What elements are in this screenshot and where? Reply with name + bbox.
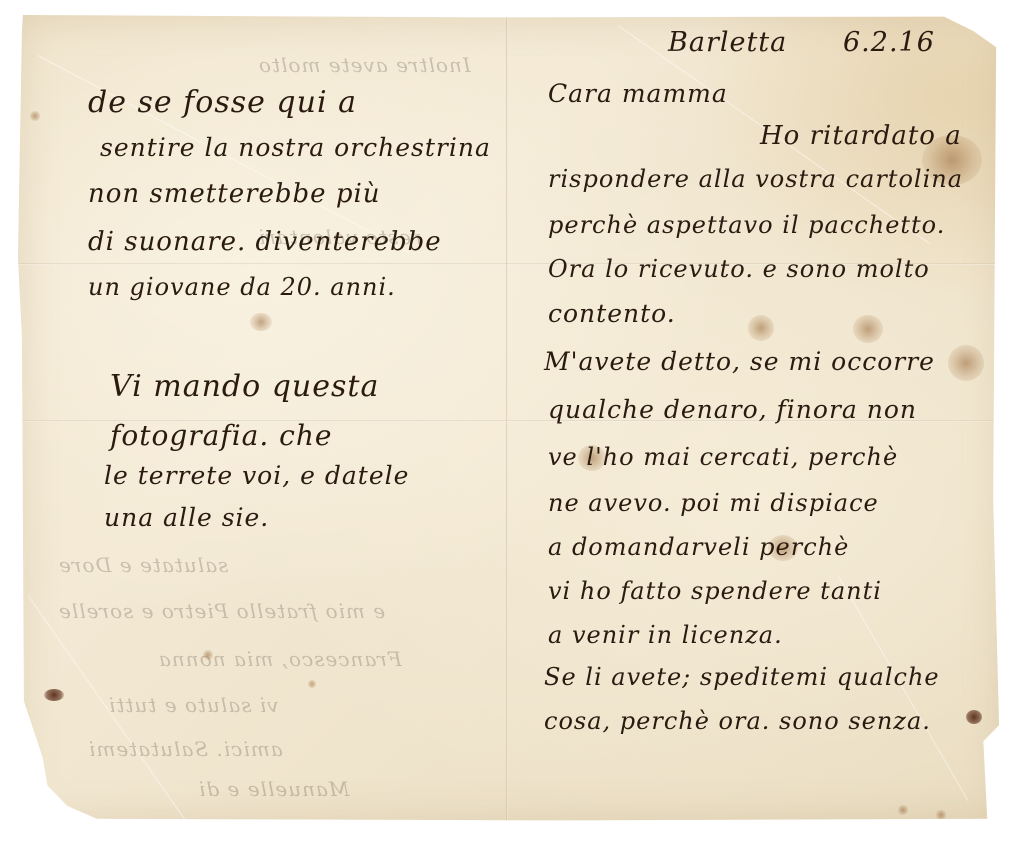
letter-line: le terrete voi, e datele [104,461,409,490]
letter-line: cosa, perchè ora. sono senza. [544,707,931,735]
letter-line: M'avete detto, se mi occorre [544,347,935,376]
letter-line: Se li avete; speditemi qualche [544,663,940,691]
stain [950,827,960,837]
letter-line: Ho ritardato a [760,121,962,151]
letter-line: de se fosse qui a [88,85,357,120]
letter-line: di suonare. diventerebbe [88,227,442,257]
letter-line: una alle sie. [104,503,269,532]
letter-line: sentire la nostra orchestrina [100,133,491,162]
letter-line: ne avevo. poi mi dispiace [548,489,879,517]
paper-sheet: Inoltre avete molto resto volontari salu… [18,15,1003,822]
bleed-through-line: e mio fratello Pietro e sorelle [58,599,385,623]
letter-line: fotografia. che [110,419,332,452]
bleed-through-line: Manuelle e di [198,777,349,801]
scanned-letter: Inoltre avete molto resto volontari salu… [0,0,1024,843]
letter-line: non smetterebbe più [88,179,381,209]
bleed-through-line: amici. Salutatemi [88,737,283,761]
letter-line: vi ho fatto spendere tanti [548,577,882,605]
salutation: Cara mamma [548,79,728,108]
place: Barletta [668,27,787,58]
date: 6.2.16 [843,27,935,58]
right-page: Barletta 6.2.16 Cara mamma Ho ritardato … [508,15,1003,822]
letter-line: qualche denaro, finora non [548,395,917,424]
letter-line: ve l'ho mai cercati, perchè [548,443,898,471]
left-page: Inoltre avete molto resto volontari salu… [18,15,506,822]
letter-line: a venir in licenza. [548,621,783,649]
letter-line: perchè aspettavo il pacchetto. [548,211,945,239]
letter-line: Ora lo ricevuto. e sono molto [548,255,930,283]
bleed-through-line: vi saluto e tutti [108,693,279,717]
bleed-through-line: salutate e Dore [58,553,228,577]
letter-line: un giovane da 20. anni. [88,273,396,301]
letter-line: a domandarveli perchè [548,533,849,561]
letter-line: contento. [548,299,676,328]
letter-line: rispondere alla vostra cartolina [548,165,963,193]
letter-line: Vi mando questa [110,369,379,404]
bleed-through-line: Inoltre avete molto [258,53,471,77]
bleed-through-line: Francesco, mia nonna [158,647,402,671]
